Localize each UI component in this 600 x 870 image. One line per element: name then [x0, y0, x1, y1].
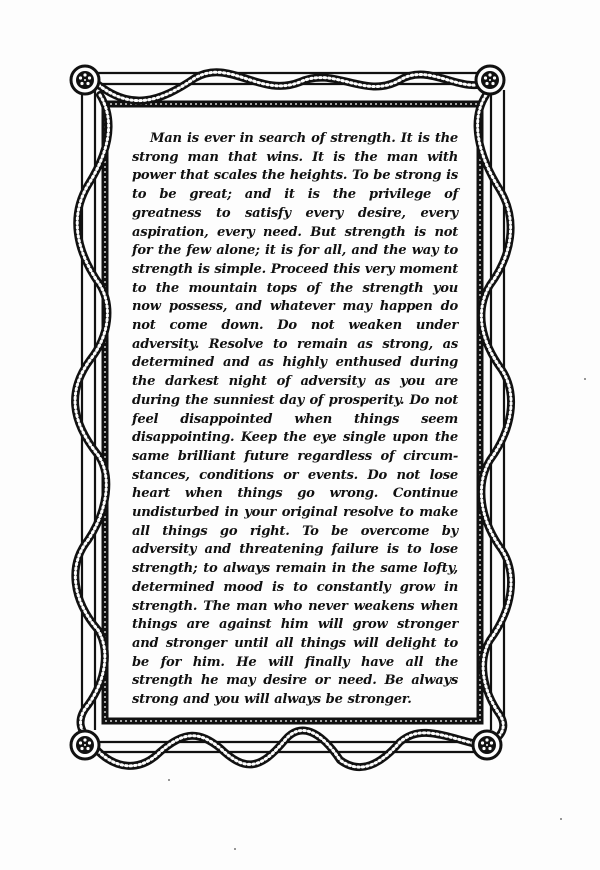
- body-text-block: Man is ever in search of strength. It is…: [132, 130, 458, 710]
- rosette-medallion-icon-top-right: [476, 66, 504, 94]
- page: Man is ever in search of strength. It is…: [0, 0, 600, 870]
- rosette-medallion-icon-bottom-right: [473, 731, 501, 759]
- paper-speck: [584, 378, 586, 380]
- rope-bottom: [95, 730, 480, 767]
- paper-speck: [560, 818, 562, 820]
- rosette-medallion-icon-bottom-left: [71, 731, 99, 759]
- paper-speck: [234, 848, 236, 850]
- rosette-medallion-icon-top-left: [71, 66, 99, 94]
- rope-top: [95, 72, 490, 100]
- body-paragraph: Man is ever in search of strength. It is…: [132, 130, 458, 710]
- paper-speck: [168, 779, 170, 781]
